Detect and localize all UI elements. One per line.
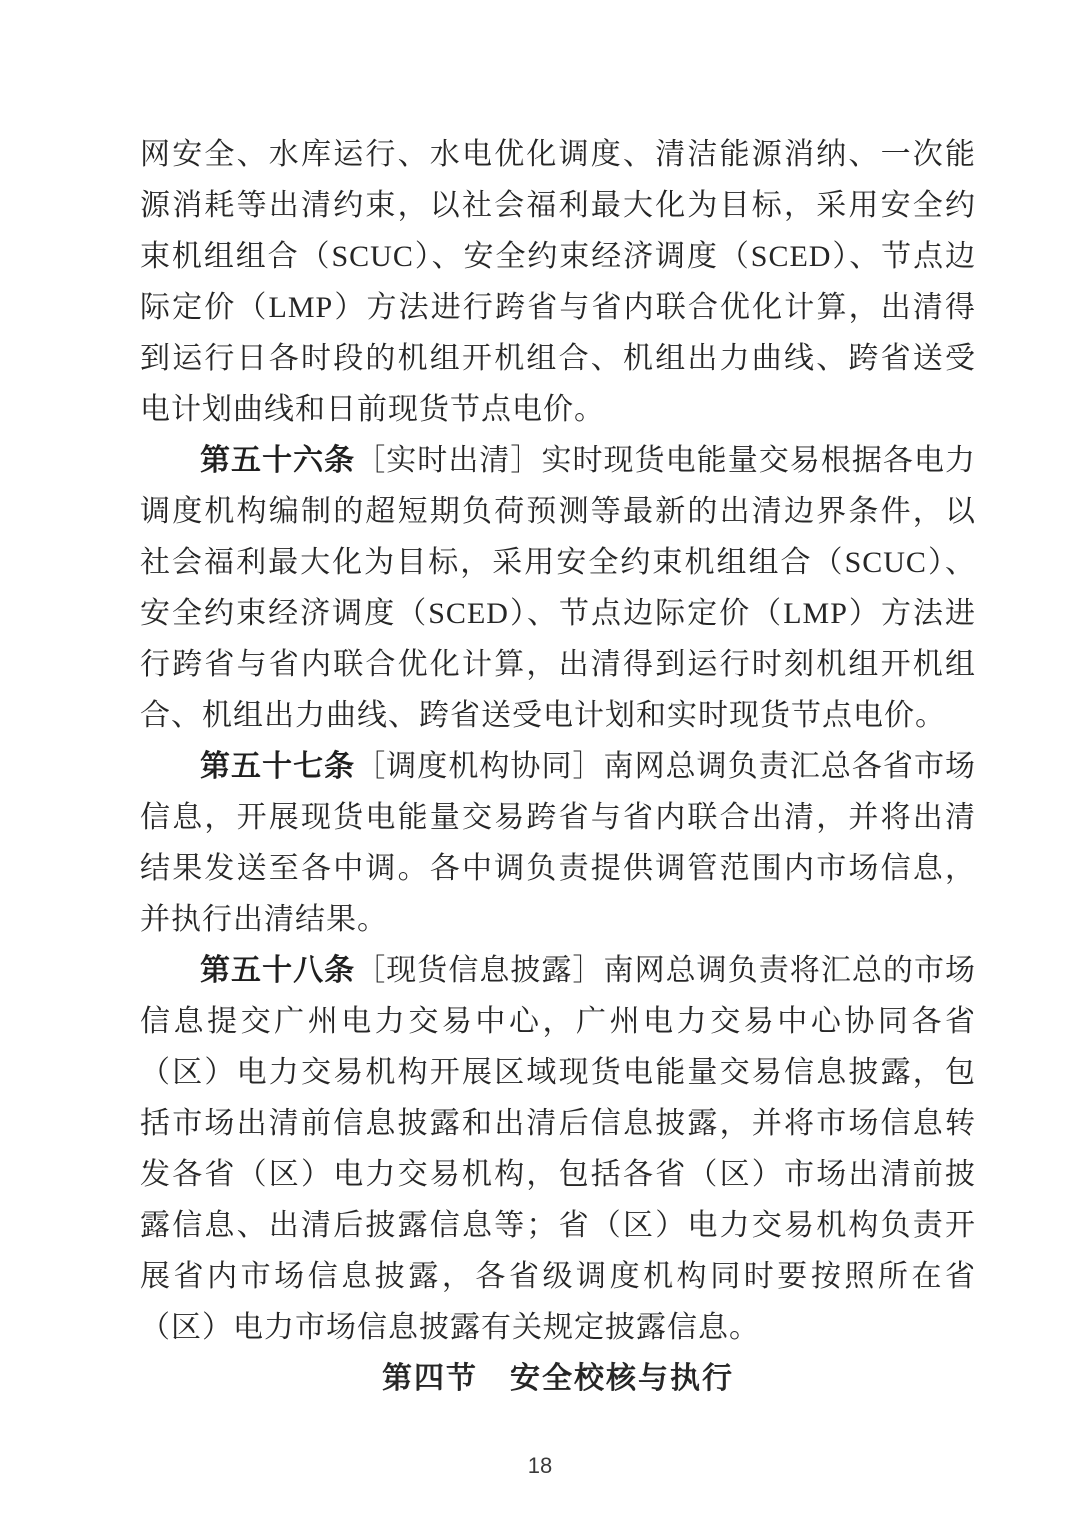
article-number: 第五十七条 (200, 750, 355, 783)
paragraph-text: ［实时出清］实时现货电能量交易根据各电力调度机构编制的超短期负荷预测等最新的出清… (140, 444, 976, 732)
paragraph-continuation: 网安全、水库运行、水电优化调度、清洁能源消纳、一次能源消耗等出清约束，以社会福利… (140, 129, 976, 435)
paragraph-text: 网安全、水库运行、水电优化调度、清洁能源消纳、一次能源消耗等出清约束，以社会福利… (140, 138, 976, 426)
section-heading: 第四节 安全校核与执行 (140, 1353, 976, 1404)
article-number: 第五十六条 (200, 444, 355, 477)
paragraph-text: ［现货信息披露］南网总调负责将汇总的市场信息提交广州电力交易中心，广州电力交易中… (140, 954, 976, 1344)
document-page: 网安全、水库运行、水电优化调度、清洁能源消纳、一次能源消耗等出清约束，以社会福利… (0, 0, 1080, 1527)
article-number: 第五十八条 (200, 954, 355, 987)
paragraph-article-58: 第五十八条［现货信息披露］南网总调负责将汇总的市场信息提交广州电力交易中心，广州… (140, 945, 976, 1353)
paragraph-article-56: 第五十六条［实时出清］实时现货电能量交易根据各电力调度机构编制的超短期负荷预测等… (140, 435, 976, 741)
document-body: 网安全、水库运行、水电优化调度、清洁能源消纳、一次能源消耗等出清约束，以社会福利… (140, 129, 976, 1404)
paragraph-article-57: 第五十七条［调度机构协同］南网总调负责汇总各省市场信息，开展现货电能量交易跨省与… (140, 741, 976, 945)
page-number: 18 (0, 1453, 1080, 1479)
